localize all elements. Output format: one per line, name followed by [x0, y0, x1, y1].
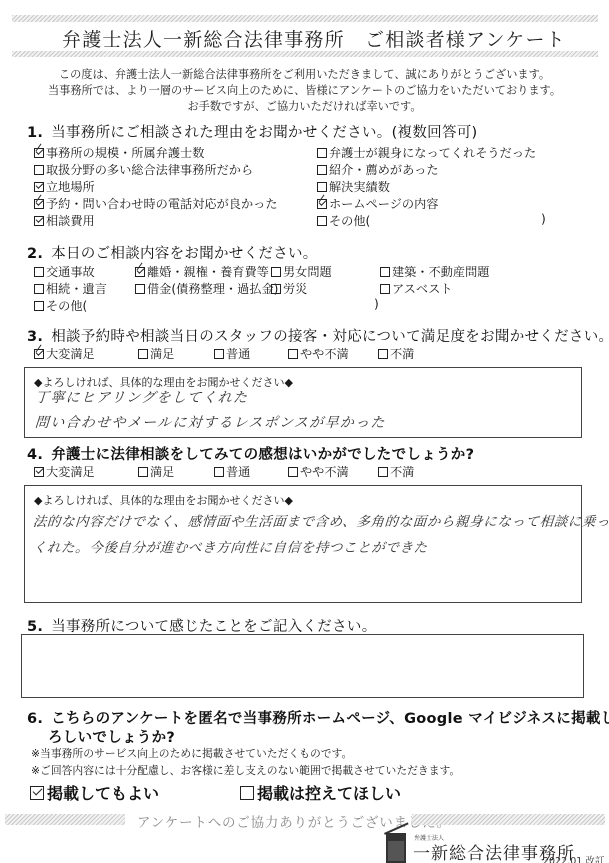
checkbox[interactable]	[380, 267, 390, 277]
checkbox[interactable]	[138, 349, 148, 359]
q1-other-close-paren: )	[541, 212, 546, 226]
q6-option-allow[interactable]: 掲載してもよい	[30, 781, 159, 804]
checkbox[interactable]	[34, 165, 44, 175]
checkbox[interactable]	[135, 284, 145, 294]
q1-option-track-record[interactable]: 解決実績数	[317, 178, 390, 195]
q1-option-phone[interactable]: 予約・問い合わせ時の電話対応が良かった	[34, 195, 278, 212]
q2-option-other[interactable]: その他(	[34, 297, 87, 314]
checkbox-checked[interactable]	[135, 267, 145, 277]
q2-option-real-estate[interactable]: 建築・不動産問題	[380, 263, 490, 280]
checkbox[interactable]	[214, 349, 224, 359]
q1-option-scale[interactable]: 事務所の規模・所属弁護士数	[34, 144, 204, 161]
q3-answer-line-1: 丁寧にヒアリングをしてくれた	[34, 387, 249, 407]
q1-heading: 1.当事務所にご相談された理由をお聞かせください。(複数回答可)	[27, 121, 478, 142]
q4-heading: 4.弁護士に法律相談をしてみての感想はいかがでしたでしょうか?	[27, 443, 474, 464]
checkbox-checked[interactable]	[34, 148, 44, 158]
checkbox[interactable]	[138, 467, 148, 477]
q2-heading: 2.本日のご相談内容をお聞かせください。	[27, 242, 318, 263]
intro-line-3: お手数ですが、ご協力いただければ幸いです。	[0, 98, 609, 114]
q4-option-dissatisfied[interactable]: 不満	[378, 463, 414, 480]
q5-question: 当事務所について感じたことをご記入ください。	[51, 619, 376, 635]
q2-option-divorce[interactable]: 離婚・親権・養育費等	[135, 263, 269, 280]
revision-date: 2022.01 改訂	[543, 853, 604, 863]
q4-answer-line-1: 法的な内容だけでなく、感情面や生活面まで含め、多角的な面から親身になって相談に乗…	[32, 510, 609, 530]
q3-heading: 3.相談予約時や相談当日のスタッフの接客・対応について満足度をお聞かせください。	[27, 325, 609, 346]
footer-thanks: アンケートへのご協力ありがとうございました。	[137, 811, 451, 831]
checkbox[interactable]	[240, 786, 254, 800]
footer-band-right	[412, 814, 605, 825]
q4-option-somewhat-dissatisfied[interactable]: やや不満	[288, 463, 349, 480]
q3-option-neutral[interactable]: 普通	[214, 345, 250, 362]
q3-question: 相談予約時や相談当日のスタッフの接客・対応について満足度をお聞かせください。	[51, 329, 609, 345]
q5-comment-box[interactable]	[21, 634, 584, 698]
q1-option-other[interactable]: その他(	[317, 212, 370, 229]
q1-option-fee[interactable]: 相談費用	[34, 212, 95, 229]
q2-option-inheritance[interactable]: 相続・遺言	[34, 280, 107, 297]
checkbox-checked[interactable]	[317, 199, 327, 209]
q3-option-very-satisfied[interactable]: 大変満足	[34, 345, 95, 362]
checkbox[interactable]	[378, 467, 388, 477]
q2-question: 本日のご相談内容をお聞かせください。	[51, 246, 317, 262]
checkbox-checked[interactable]	[34, 467, 44, 477]
q4-option-neutral[interactable]: 普通	[214, 463, 250, 480]
checkbox[interactable]	[317, 148, 327, 158]
checkbox-checked[interactable]	[34, 216, 44, 226]
checkbox[interactable]	[378, 349, 388, 359]
q3-answer-line-2: 問い合わせやメールに対するレスポンスが早かった	[34, 412, 386, 432]
q1-option-caring[interactable]: 弁護士が親身になってくれそうだった	[317, 144, 536, 161]
q3-option-somewhat-dissatisfied[interactable]: やや不満	[288, 345, 349, 362]
checkbox[interactable]	[271, 267, 281, 277]
checkbox[interactable]	[317, 182, 327, 192]
checkbox[interactable]	[380, 284, 390, 294]
firm-logo-icon	[386, 833, 406, 863]
q4-reason-prompt: ◆よろしければ、具体的な理由をお聞かせください◆	[34, 492, 293, 508]
intro-line-2: 当事務所では、より一層のサービス向上のために、皆様にアンケートのご協力をいただい…	[0, 82, 609, 98]
q4-question: 弁護士に法律相談をしてみての感想はいかがでしたでしょうか?	[51, 447, 474, 463]
header-band-top	[12, 15, 598, 22]
intro-line-1: この度は、弁護士法人一新総合法律事務所をご利用いただきまして、誠にありがとうござ…	[0, 66, 609, 82]
checkbox-checked[interactable]	[34, 182, 44, 192]
checkbox[interactable]	[271, 284, 281, 294]
q2-option-relationship[interactable]: 男女問題	[271, 263, 332, 280]
checkbox[interactable]	[317, 165, 327, 175]
checkbox-checked[interactable]	[34, 349, 44, 359]
checkbox[interactable]	[34, 284, 44, 294]
checkbox[interactable]	[214, 467, 224, 477]
q2-other-close-paren: )	[374, 297, 379, 311]
q2-option-debt[interactable]: 借金(債務整理・過払金)	[135, 280, 278, 297]
q1-question: 当事務所にご相談された理由をお聞かせください。(複数回答可)	[51, 125, 477, 141]
checkbox-checked[interactable]	[30, 786, 44, 800]
q2-option-traffic[interactable]: 交通事故	[34, 263, 95, 280]
checkbox[interactable]	[317, 216, 327, 226]
q4-option-satisfied[interactable]: 満足	[138, 463, 174, 480]
header-band-bottom	[12, 51, 598, 57]
q1-option-referral[interactable]: 紹介・薦めがあった	[317, 161, 439, 178]
q2-option-labor-accident[interactable]: 労災	[271, 280, 307, 297]
q6-heading-line-2: ろしいでしょうか?	[48, 726, 175, 747]
q2-option-asbestos[interactable]: アスベスト	[380, 280, 452, 297]
q3-option-dissatisfied[interactable]: 不満	[378, 345, 414, 362]
q5-heading: 5.当事務所について感じたことをご記入ください。	[27, 615, 377, 636]
checkbox[interactable]	[288, 349, 298, 359]
q3-option-satisfied[interactable]: 満足	[138, 345, 174, 362]
q6-note-2: ※ご回答内容には十分配慮し、お客様に差し支えのない範囲で掲載させていただきます。	[31, 763, 460, 778]
q6-note-1: ※当事務所のサービス向上のために掲載させていただくものです。	[31, 746, 352, 761]
checkbox[interactable]	[288, 467, 298, 477]
q1-option-location[interactable]: 立地場所	[34, 178, 95, 195]
q6-heading-line-1: 6.こちらのアンケートを匿名で当事務所ホームページ、Google マイビジネスに…	[27, 707, 609, 728]
q4-answer-line-2: くれた。今後自分が進むべき方向性に自信を持つことができた	[32, 536, 428, 556]
page-title: 弁護士法人一新総合法律事務所 ご相談者様アンケート	[62, 25, 566, 52]
q6-question-1: こちらのアンケートを匿名で当事務所ホームページ、Google マイビジネスに掲載…	[51, 711, 609, 727]
q4-option-very-satisfied[interactable]: 大変満足	[34, 463, 95, 480]
q4-reason-box[interactable]: ◆よろしければ、具体的な理由をお聞かせください◆ 法的な内容だけでなく、感情面や…	[24, 485, 582, 603]
q1-option-general-firm[interactable]: 取扱分野の多い総合法律事務所だから	[34, 161, 253, 178]
q3-reason-box[interactable]: ◆よろしければ、具体的な理由をお聞かせください◆ 丁寧にヒアリングをしてくれた …	[24, 367, 582, 438]
q6-option-decline[interactable]: 掲載は控えてほしい	[240, 781, 401, 804]
checkbox[interactable]	[34, 301, 44, 311]
footer-band-left	[5, 814, 125, 825]
checkbox-checked[interactable]	[34, 199, 44, 209]
checkbox[interactable]	[34, 267, 44, 277]
q1-option-homepage[interactable]: ホームページの内容	[317, 195, 438, 212]
